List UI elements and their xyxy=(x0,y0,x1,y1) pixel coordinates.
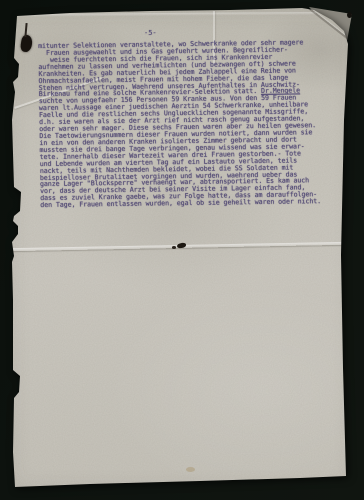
crease-line xyxy=(16,12,316,17)
text-line: den Tage, Frauen entlassen wurden, egal … xyxy=(40,198,340,209)
document-page-wrap: -5- mitunter Selektionen veranstaltete, … xyxy=(0,0,364,500)
page-number: -5- xyxy=(144,29,157,37)
crease-line xyxy=(13,242,345,251)
ink-speck xyxy=(177,242,187,248)
photo-background: -5- mitunter Selektionen veranstaltete, … xyxy=(0,0,364,500)
corner-fold-crease xyxy=(305,5,353,43)
document-page: -5- mitunter Selektionen veranstaltete, … xyxy=(0,0,364,500)
ink-speck xyxy=(172,246,176,249)
age-stain xyxy=(186,467,195,472)
ink-stain xyxy=(20,34,34,53)
ink-stain xyxy=(24,23,27,37)
typewritten-text: mitunter Selektionen veranstaltete, wo S… xyxy=(38,39,340,209)
